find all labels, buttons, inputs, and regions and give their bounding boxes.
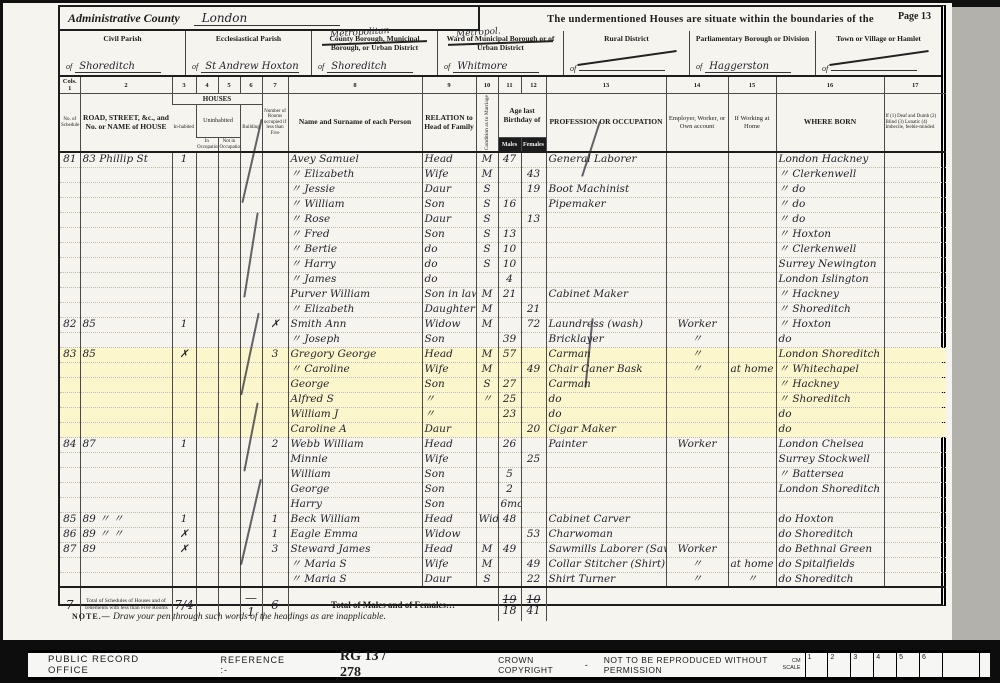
cell-age-female xyxy=(521,332,546,347)
cell-uninh-not xyxy=(218,332,240,347)
cell-where-born: London Shoreditch xyxy=(776,347,884,362)
cell-at-home: at home xyxy=(728,557,776,572)
cell-age-female: 25 xyxy=(521,452,546,467)
cell-where-born: do Spitalfields xyxy=(776,557,884,572)
cell-age-female: 53 xyxy=(521,527,546,542)
cell-relation: do xyxy=(422,272,476,287)
cell-condition xyxy=(476,467,498,482)
table-row: 〃 James do 4 London Islington xyxy=(60,272,946,287)
cell-rooms xyxy=(262,167,288,182)
cell-relation: Wife xyxy=(422,362,476,377)
cell-where-born: London Islington xyxy=(776,272,884,287)
cell-schedule xyxy=(60,392,80,407)
cell-inhabited xyxy=(172,497,196,512)
cell-name: 〃 Elizabeth xyxy=(288,302,422,317)
cell-name: 〃 Rose xyxy=(288,212,422,227)
cell-relation: 〃 xyxy=(422,392,476,407)
cell-inhabited: ✗ xyxy=(172,347,196,362)
cell-uninh-occ xyxy=(196,302,218,317)
cell-employer xyxy=(666,302,728,317)
cell-at-home xyxy=(728,437,776,452)
cell-infirmity xyxy=(884,317,946,332)
cell-house xyxy=(80,242,172,257)
table-row: 〃 Elizabeth Daughter M 21 〃 Shoreditch xyxy=(60,302,946,317)
cell-house xyxy=(80,302,172,317)
cell-infirmity xyxy=(884,302,946,317)
cell-condition: M xyxy=(476,167,498,182)
cell-name: Steward James xyxy=(288,542,422,557)
cell-uninh-occ xyxy=(196,287,218,302)
cell-schedule xyxy=(60,242,80,257)
cell-uninh-not xyxy=(218,377,240,392)
cell-age-female: 72 xyxy=(521,317,546,332)
cell-schedule xyxy=(60,422,80,437)
cell-schedule xyxy=(60,287,80,302)
cell-occupation: Bricklayer xyxy=(546,332,666,347)
cell-condition: S xyxy=(476,377,498,392)
cell-age-male: 39 xyxy=(498,332,521,347)
table-row: 81 83 Phillip St 1 Avey Samuel Head M 47… xyxy=(60,152,946,167)
cell-infirmity xyxy=(884,347,946,362)
header-not-in-occupation: Not in Occupation xyxy=(218,138,240,153)
header-field-rural-district: Rural District of xyxy=(563,31,689,75)
cell-condition: M xyxy=(476,152,498,167)
cell-uninh-occ xyxy=(196,497,218,512)
cell-occupation: Chair Caner Bask xyxy=(546,362,666,377)
cell-occupation: Charwoman xyxy=(546,527,666,542)
cell-building xyxy=(240,452,262,467)
cell-name: George xyxy=(288,482,422,497)
cell-inhabited xyxy=(172,422,196,437)
cell-infirmity xyxy=(884,452,946,467)
cell-occupation: Cigar Maker xyxy=(546,422,666,437)
cell-house xyxy=(80,497,172,512)
public-record-office-label: PUBLIC RECORD OFFICE xyxy=(48,654,150,676)
cell-where-born: do Bethnal Green xyxy=(776,542,884,557)
cell-uninh-occ xyxy=(196,227,218,242)
cell-age-female xyxy=(521,287,546,302)
cell-where-born: 〃 Clerkenwell xyxy=(776,242,884,257)
cell-age-male xyxy=(498,422,521,437)
cell-infirmity xyxy=(884,212,946,227)
cell-relation: Son xyxy=(422,377,476,392)
reference-label: REFERENCE :- xyxy=(220,655,285,675)
cell-where-born: 〃 Whitechapel xyxy=(776,362,884,377)
cell-infirmity xyxy=(884,512,946,527)
table-row: Harry Son 6mo xyxy=(60,497,946,512)
cell-condition xyxy=(476,452,498,467)
table-row: 〃 Bertie do S 10 〃 Clerkenwell xyxy=(60,242,946,257)
cell-occupation xyxy=(546,497,666,512)
cell-condition: M xyxy=(476,317,498,332)
header-in-occupation: In Occupation xyxy=(196,138,218,153)
cell-schedule: 87 xyxy=(60,542,80,557)
cell-uninh-occ xyxy=(196,482,218,497)
cell-relation: Head xyxy=(422,437,476,452)
cell-rooms xyxy=(262,257,288,272)
cell-at-home xyxy=(728,482,776,497)
cell-where-born: do Shoreditch xyxy=(776,527,884,542)
cell-name: 〃 Joseph xyxy=(288,332,422,347)
cell-employer xyxy=(666,242,728,257)
cell-rooms xyxy=(262,287,288,302)
cell-condition: S xyxy=(476,572,498,587)
cell-age-female xyxy=(521,407,546,422)
cell-inhabited: ✗ xyxy=(172,527,196,542)
header-profession: PROFESSION OR OCCUPATION xyxy=(546,94,666,153)
cell-uninh-occ xyxy=(196,392,218,407)
cell-age-female: 49 xyxy=(521,362,546,377)
cell-house xyxy=(80,422,172,437)
cell-condition: M xyxy=(476,347,498,362)
cell-condition: M xyxy=(476,302,498,317)
cell-inhabited: 1 xyxy=(172,317,196,332)
administrative-county-box: Administrative County London xyxy=(60,7,480,31)
cell-rooms xyxy=(262,272,288,287)
cm-scale-end xyxy=(942,653,980,677)
cell-inhabited xyxy=(172,557,196,572)
cell-name: 〃 Maria S xyxy=(288,557,422,572)
reference-number: RG 13 / 278 xyxy=(340,649,393,681)
cell-house xyxy=(80,182,172,197)
cell-age-male xyxy=(498,302,521,317)
cell-inhabited xyxy=(172,182,196,197)
cell-relation: Head xyxy=(422,152,476,167)
cell-age-male: 47 xyxy=(498,152,521,167)
cell-schedule xyxy=(60,167,80,182)
cm-scale: CM SCALE 1 2 3 4 5 6 xyxy=(774,653,980,677)
cell-relation: Widow xyxy=(422,527,476,542)
cell-house xyxy=(80,212,172,227)
cell-at-home xyxy=(728,152,776,167)
ward-value: Whitmore xyxy=(453,61,538,73)
cell-occupation: Cabinet Carver xyxy=(546,512,666,527)
cell-schedule xyxy=(60,257,80,272)
cell-condition: M xyxy=(476,362,498,377)
cell-where-born: Surrey Newington xyxy=(776,257,884,272)
cell-age-male: 57 xyxy=(498,347,521,362)
cell-uninh-not xyxy=(218,317,240,332)
reproduction-notice: NOT TO BE REPRODUCED WITHOUT PERMISSION xyxy=(604,655,774,675)
cell-at-home: 〃 xyxy=(728,572,776,587)
cell-relation: do xyxy=(422,242,476,257)
cell-employer xyxy=(666,287,728,302)
cell-uninh-not xyxy=(218,557,240,572)
cell-relation: Daur xyxy=(422,182,476,197)
cell-employer: 〃 xyxy=(666,362,728,377)
cell-building xyxy=(240,497,262,512)
header-uninhabited-group: Uninhabited xyxy=(196,105,240,138)
cell-inhabited xyxy=(172,302,196,317)
cell-relation: Wife xyxy=(422,557,476,572)
table-body: 81 83 Phillip St 1 Avey Samuel Head M 47… xyxy=(60,152,946,587)
cell-house xyxy=(80,287,172,302)
header-field-ecclesiastical-parish: Ecclesiastical Parish ofSt Andrew Hoxton xyxy=(185,31,311,75)
cell-uninh-occ xyxy=(196,422,218,437)
cell-occupation xyxy=(546,227,666,242)
cell-uninh-not xyxy=(218,197,240,212)
cell-rooms xyxy=(262,407,288,422)
cell-name: 〃 Fred xyxy=(288,227,422,242)
cell-name: William J xyxy=(288,407,422,422)
cell-uninh-not xyxy=(218,482,240,497)
cell-relation: Daur xyxy=(422,572,476,587)
cell-at-home xyxy=(728,497,776,512)
table-row: William Son 5 〃 Battersea xyxy=(60,467,946,482)
cell-occupation: do xyxy=(546,407,666,422)
cell-occupation: Sawmills Laborer (Sawyer) xyxy=(546,542,666,557)
table-row: 〃 Joseph Son 39 Bricklayer 〃 do xyxy=(60,332,946,347)
cell-house: 89 xyxy=(80,542,172,557)
cell-age-male: 13 xyxy=(498,227,521,242)
header-where-born: WHERE BORN xyxy=(776,94,884,153)
administrative-county-value: London xyxy=(194,11,340,26)
cell-employer: 〃 xyxy=(666,572,728,587)
cell-infirmity xyxy=(884,407,946,422)
table-row: 〃 William Son S 16 Pipemaker 〃 do xyxy=(60,197,946,212)
cell-condition: S xyxy=(476,257,498,272)
cell-employer xyxy=(666,467,728,482)
cell-name: Gregory George xyxy=(288,347,422,362)
cell-age-female xyxy=(521,482,546,497)
cell-rooms xyxy=(262,482,288,497)
cell-age-male xyxy=(498,317,521,332)
cell-occupation: Laundress (wash) xyxy=(546,317,666,332)
totals-females: 1041 xyxy=(521,587,546,621)
cell-uninh-not xyxy=(218,437,240,452)
cell-occupation xyxy=(546,212,666,227)
cell-occupation xyxy=(546,272,666,287)
page-number-label: Page 13 xyxy=(898,11,931,22)
cell-age-male: 26 xyxy=(498,437,521,452)
census-form: Administrative County London The underme… xyxy=(58,5,946,606)
cell-condition: 〃 xyxy=(476,392,498,407)
cell-where-born: do xyxy=(776,407,884,422)
cell-inhabited xyxy=(172,167,196,182)
header-field-borough: Metropolitan County Borough, Municipal B… xyxy=(311,31,437,75)
cell-uninh-occ xyxy=(196,452,218,467)
cell-relation: Daur xyxy=(422,422,476,437)
cell-age-male: 23 xyxy=(498,407,521,422)
cell-employer xyxy=(666,407,728,422)
cell-at-home xyxy=(728,182,776,197)
cell-age-male xyxy=(498,212,521,227)
cell-infirmity xyxy=(884,497,946,512)
cell-condition xyxy=(476,272,498,287)
cell-condition xyxy=(476,497,498,512)
cell-age-female: 22 xyxy=(521,572,546,587)
cell-rooms xyxy=(262,572,288,587)
separator-dash: - xyxy=(585,660,588,670)
cell-at-home xyxy=(728,227,776,242)
cell-uninh-not xyxy=(218,167,240,182)
scan-margin-strip: 11 xyxy=(952,7,1000,643)
cell-employer: Worker xyxy=(666,542,728,557)
cell-schedule xyxy=(60,377,80,392)
cell-age-male xyxy=(498,362,521,377)
table-row: 83 85 ✗ 3 Gregory George Head M 57 Carma… xyxy=(60,347,946,362)
cell-employer xyxy=(666,512,728,527)
cell-name: Eagle Emma xyxy=(288,527,422,542)
cell-relation: Son xyxy=(422,482,476,497)
cell-schedule xyxy=(60,362,80,377)
cell-uninh-occ xyxy=(196,182,218,197)
cell-uninh-not xyxy=(218,497,240,512)
cell-rooms xyxy=(262,182,288,197)
cell-occupation: Carman xyxy=(546,377,666,392)
cell-name: William xyxy=(288,467,422,482)
cell-name: Avey Samuel xyxy=(288,152,422,167)
cell-rooms: 1 xyxy=(262,527,288,542)
cell-at-home xyxy=(728,347,776,362)
cell-occupation: Pipemaker xyxy=(546,197,666,212)
cell-building xyxy=(240,212,262,227)
cell-age-male: 4 xyxy=(498,272,521,287)
cell-rooms xyxy=(262,392,288,407)
cell-rooms xyxy=(262,212,288,227)
cell-rooms xyxy=(262,242,288,257)
cell-infirmity xyxy=(884,272,946,287)
cell-age-male: 25 xyxy=(498,392,521,407)
cell-condition: S xyxy=(476,197,498,212)
table-row: 87 89 ✗ 3 Steward James Head M 49 Sawmil… xyxy=(60,542,946,557)
cell-house xyxy=(80,362,172,377)
table-row: George Son S 27 Carman 〃 Hackney xyxy=(60,377,946,392)
cell-name: Beck William xyxy=(288,512,422,527)
cell-relation: Son xyxy=(422,332,476,347)
table-row: 〃 Elizabeth Wife M 43 〃 Clerkenwell xyxy=(60,167,946,182)
cell-house xyxy=(80,332,172,347)
cell-age-male xyxy=(498,572,521,587)
cell-inhabited xyxy=(172,212,196,227)
cell-building xyxy=(240,572,262,587)
cell-schedule: 86 xyxy=(60,527,80,542)
cell-schedule xyxy=(60,227,80,242)
cell-age-female xyxy=(521,272,546,287)
cell-relation: 〃 xyxy=(422,407,476,422)
cell-schedule xyxy=(60,572,80,587)
table-row: 〃 Harry do S 10 Surrey Newington xyxy=(60,257,946,272)
form-note: NOTE.— Draw your pen through such words … xyxy=(72,612,386,622)
cell-employer xyxy=(666,422,728,437)
cell-at-home xyxy=(728,422,776,437)
cell-schedule: 81 xyxy=(60,152,80,167)
cell-relation: Daughter xyxy=(422,302,476,317)
cell-uninh-occ xyxy=(196,437,218,452)
cell-employer xyxy=(666,272,728,287)
cell-occupation xyxy=(546,467,666,482)
table-row: William J 〃 23 do do xyxy=(60,407,946,422)
cell-house xyxy=(80,272,172,287)
header-schedule: No. of Schedule xyxy=(60,94,80,153)
table-row: 84 87 1 2 Webb William Head 26 Painter W… xyxy=(60,437,946,452)
cell-where-born: 〃 Hackney xyxy=(776,287,884,302)
cell-age-male: 10 xyxy=(498,242,521,257)
cell-age-female xyxy=(521,242,546,257)
cell-name: 〃 Harry xyxy=(288,257,422,272)
table-row: George Son 2 London Shoreditch xyxy=(60,482,946,497)
header-inhabited: In-habited xyxy=(172,105,196,153)
cell-uninh-not xyxy=(218,152,240,167)
cell-house xyxy=(80,197,172,212)
cell-infirmity xyxy=(884,467,946,482)
header-field-parliamentary-borough: Parliamentary Borough or Division ofHagg… xyxy=(689,31,815,75)
cell-age-female xyxy=(521,392,546,407)
cell-name: 〃 William xyxy=(288,197,422,212)
header-condition: Condition as to Marriage xyxy=(476,94,498,153)
census-table: Cols. 12 34 56 78 910 1112 1314 1516 17 … xyxy=(60,77,946,621)
cell-relation: Head xyxy=(422,347,476,362)
cell-infirmity xyxy=(884,422,946,437)
cell-age-female: 43 xyxy=(521,167,546,182)
cell-house: 85 xyxy=(80,317,172,332)
cell-name: Smith Ann xyxy=(288,317,422,332)
cell-uninh-not xyxy=(218,257,240,272)
header-rooms: Number of Rooms occupied if less than Fi… xyxy=(262,94,288,153)
cell-uninh-occ xyxy=(196,467,218,482)
cell-building xyxy=(240,407,262,422)
cell-at-home xyxy=(728,452,776,467)
cell-condition: M xyxy=(476,557,498,572)
cell-schedule xyxy=(60,272,80,287)
cell-infirmity xyxy=(884,332,946,347)
header-employer: Employer, Worker, or Own account xyxy=(666,94,728,153)
cell-uninh-occ xyxy=(196,362,218,377)
cell-age-male: 10 xyxy=(498,257,521,272)
cell-uninh-occ xyxy=(196,257,218,272)
cell-at-home xyxy=(728,542,776,557)
cell-name: Harry xyxy=(288,497,422,512)
cell-uninh-not xyxy=(218,422,240,437)
cell-inhabited xyxy=(172,197,196,212)
cell-occupation xyxy=(546,167,666,182)
cell-uninh-not xyxy=(218,242,240,257)
cell-schedule xyxy=(60,332,80,347)
cell-schedule xyxy=(60,467,80,482)
cell-age-male: 48 xyxy=(498,512,521,527)
cell-at-home xyxy=(728,302,776,317)
cell-schedule xyxy=(60,212,80,227)
cell-where-born: 〃 do xyxy=(776,212,884,227)
cell-inhabited xyxy=(172,377,196,392)
cell-uninh-occ xyxy=(196,347,218,362)
cm-scale-tick: 5 xyxy=(896,653,919,677)
cell-inhabited xyxy=(172,572,196,587)
cell-where-born: do Hoxton xyxy=(776,512,884,527)
cell-inhabited xyxy=(172,362,196,377)
cell-building xyxy=(240,362,262,377)
cell-age-male xyxy=(498,182,521,197)
cell-inhabited xyxy=(172,392,196,407)
cell-employer xyxy=(666,392,728,407)
cell-uninh-occ xyxy=(196,557,218,572)
cell-employer xyxy=(666,482,728,497)
cell-at-home xyxy=(728,332,776,347)
cell-occupation: Collar Stitcher (Shirt) xyxy=(546,557,666,572)
cell-employer: Worker xyxy=(666,317,728,332)
cell-inhabited xyxy=(172,407,196,422)
cell-age-male xyxy=(498,557,521,572)
cell-schedule: 84 xyxy=(60,437,80,452)
cell-where-born: do xyxy=(776,332,884,347)
cell-uninh-occ xyxy=(196,407,218,422)
table-row: Minnie Wife 25 Surrey Stockwell xyxy=(60,452,946,467)
cell-relation: do xyxy=(422,257,476,272)
civil-parish-value: Shoreditch xyxy=(75,61,160,73)
cell-at-home xyxy=(728,242,776,257)
cell-age-male xyxy=(498,527,521,542)
cell-at-home xyxy=(728,317,776,332)
